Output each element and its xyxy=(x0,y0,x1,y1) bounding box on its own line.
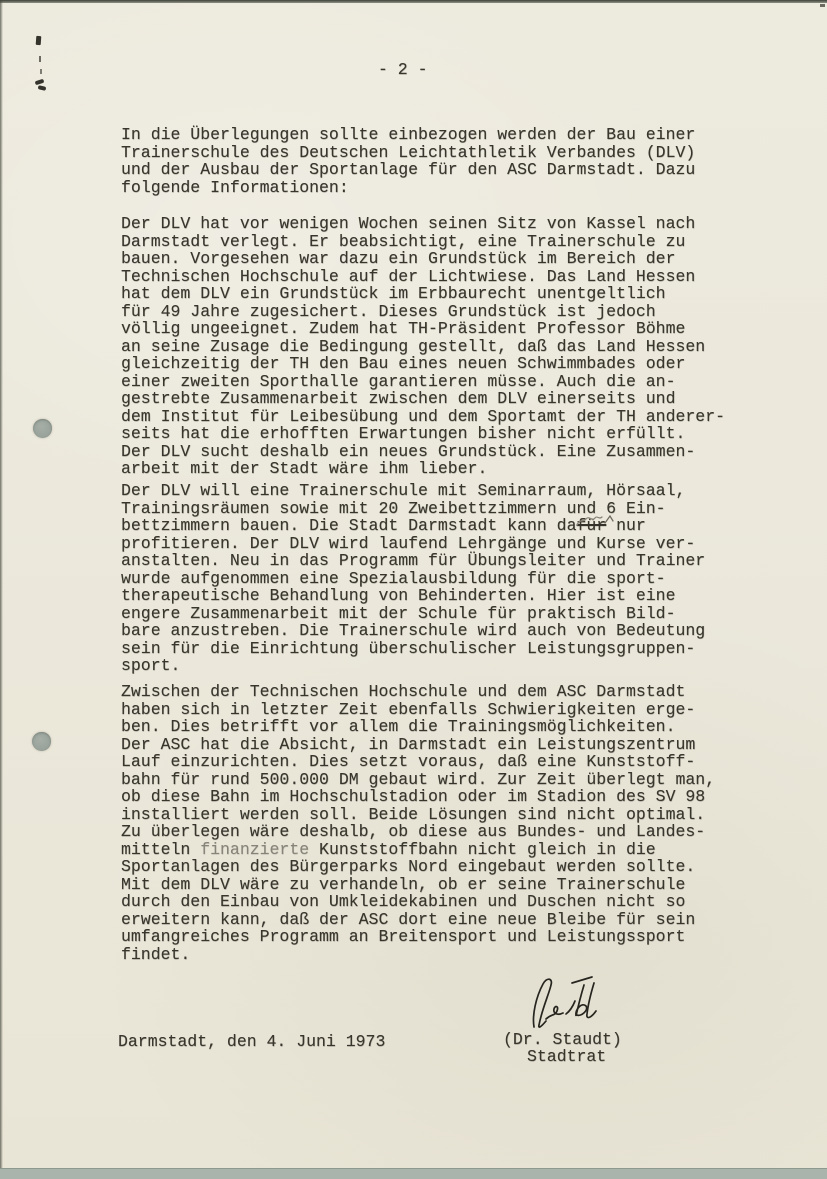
staple-mark xyxy=(35,79,45,86)
corner-mark xyxy=(820,4,825,7)
staple-mark xyxy=(39,56,41,62)
date-line: Darmstadt, den 4. Juni 1973 xyxy=(118,1033,385,1051)
staple-mark xyxy=(40,69,42,74)
paragraph-3-text: nur profitieren. Der DLV wird laufend Le… xyxy=(121,516,705,675)
signer-title: Stadtrat xyxy=(527,1048,606,1066)
hole-punch-bottom xyxy=(32,732,51,751)
paragraph-4-text: Zwischen der Technischen Hochschule und … xyxy=(121,682,715,859)
signature-handwriting xyxy=(524,975,628,1038)
page-number: - 2 - xyxy=(378,61,428,79)
hole-punch-top xyxy=(33,419,52,438)
body-paragraph-1: In die Überlegungen sollte einbezogen we… xyxy=(121,126,695,196)
page-left-edge xyxy=(0,0,3,1179)
staple-mark xyxy=(36,36,42,45)
page-top-edge xyxy=(0,0,827,3)
signer-name: (Dr. Staudt) xyxy=(503,1031,622,1049)
body-paragraph-3: Der DLV will eine Trainerschule mit Semi… xyxy=(121,482,705,675)
scanned-letter-page: - 2 - In die Überlegungen sollte einbezo… xyxy=(0,0,827,1179)
faint-typed-word: finanzierte xyxy=(200,840,309,859)
page-bottom-edge xyxy=(0,1168,827,1179)
body-paragraph-2: Der DLV hat vor wenigen Wochen seinen Si… xyxy=(121,215,725,478)
body-paragraph-4: Zwischen der Technischen Hochschule und … xyxy=(121,683,715,963)
staple-mark xyxy=(38,85,47,91)
